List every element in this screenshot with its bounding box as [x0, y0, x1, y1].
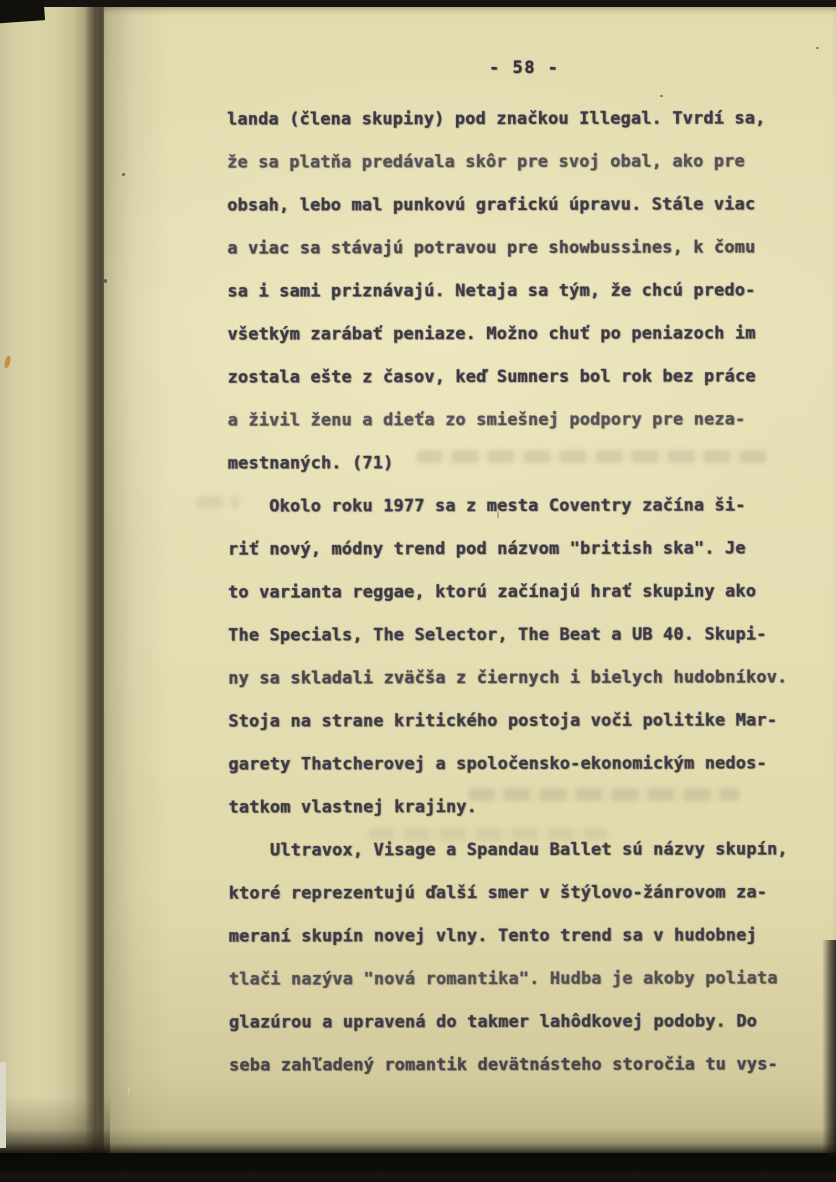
- text-line: obsah, lebo mal punkovú grafickú úpravu.…: [227, 183, 827, 227]
- text-line: a živil ženu a dieťa zo smiešnej podpory…: [228, 398, 828, 442]
- scan-right-edge-shade: [822, 940, 836, 1156]
- book-scan: - 58 - landa (člena skupiny) pod značkou…: [0, 0, 836, 1182]
- text-line: mestnaných. (71): [228, 441, 828, 485]
- text-line: tatkom vlastnej krajiny.: [228, 785, 828, 829]
- paper-speck: [816, 47, 819, 49]
- scan-edge-sliver: [0, 1062, 6, 1148]
- text-line: riť nový, módny trend pod názvom "britis…: [228, 527, 828, 571]
- text-line: zostala ešte z časov, keď Sumners bol ro…: [228, 355, 828, 399]
- paper-speck: [122, 173, 125, 176]
- typewritten-text-block: landa (člena skupiny) pod značkou Illega…: [227, 97, 829, 1087]
- text-line: ny sa skladali zväčša z čiernych i biely…: [228, 656, 828, 700]
- text-line: a viac sa stávajú potravou pre showbussi…: [227, 226, 827, 270]
- paper-speck: [660, 95, 663, 97]
- text-line: ktoré reprezentujú ďalší smer v štýlovo-…: [229, 871, 829, 915]
- text-line: meraní skupín novej vlny. Tento trend sa…: [229, 914, 829, 958]
- text-line: že sa platňa predávala skôr pre svoj oba…: [227, 140, 827, 184]
- text-line: Ultravox, Visage a Spandau Ballet sú náz…: [228, 828, 828, 872]
- scan-top-left-corner: [0, 0, 45, 24]
- page-number: - 58 -: [489, 58, 559, 78]
- text-line: všetkým zarábať peniaze. Možno chuť po p…: [227, 312, 827, 356]
- scan-bottom-edge: [0, 1153, 836, 1182]
- text-line: landa (člena skupiny) pod značkou Illega…: [227, 97, 827, 141]
- text-line: tlači nazýva "nová romantika". Hudba je …: [229, 957, 829, 1001]
- text-line: Okolo roku 1977 sa z mesta Coventry začí…: [228, 484, 828, 528]
- text-line: glazúrou a upravená do takmer lahôdkovej…: [229, 1000, 829, 1044]
- text-line: to varianta reggae, ktorú začínajú hrať …: [228, 570, 828, 614]
- facing-page-edge: [0, 6, 94, 1154]
- page-bottom-edge: [0, 1128, 836, 1155]
- paper-speck: [104, 279, 107, 283]
- scan-top-edge: [0, 0, 836, 7]
- text-line: The Specials, The Selector, The Beat a U…: [228, 613, 828, 657]
- text-line: seba zahľadený romantik devätnásteho sto…: [229, 1043, 829, 1087]
- text-line: garety Thatcherovej a spoločensko-ekonom…: [228, 742, 828, 786]
- text-line: sa i sami priznávajú. Netaja sa tým, že …: [227, 269, 827, 313]
- text-line: Stoja na strane kritického postoja voči …: [228, 699, 828, 743]
